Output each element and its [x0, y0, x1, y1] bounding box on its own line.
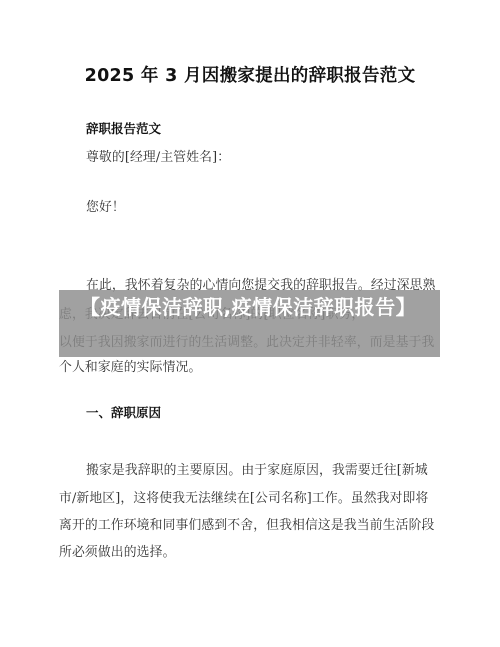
paragraph-line: 市/新地区]，这将使我无法继续在[公司名称]工作。虽然我对即将 [59, 487, 428, 506]
paragraph-line: 离开的工作环境和同事们感到不舍，但我相信这是我当前生活阶段 [59, 514, 434, 533]
salutation: 尊敬的[经理/主管姓名]： [86, 146, 230, 165]
document-title: 2025 年 3 月因搬家提出的辞职报告范文 [0, 62, 500, 87]
document-page: 2025 年 3 月因搬家提出的辞职报告范文 辞职报告范文 尊敬的[经理/主管姓… [0, 0, 500, 647]
overlay-banner-text: 【疫情保洁辞职,疫情保洁辞职报告】 [80, 292, 440, 322]
paragraph-line: 搬家是我辞职的主要原因。由于家庭原因，我需要迁往[新城 [86, 459, 428, 478]
greeting: 您好！ [86, 196, 125, 215]
document-subtitle: 辞职报告范文 [86, 119, 161, 137]
paragraph-line: 个人和家庭的实际情况。 [59, 356, 201, 375]
section-heading: 一、辞职原因 [86, 403, 161, 421]
paragraph-line: 所必须做出的选择。 [59, 541, 176, 560]
